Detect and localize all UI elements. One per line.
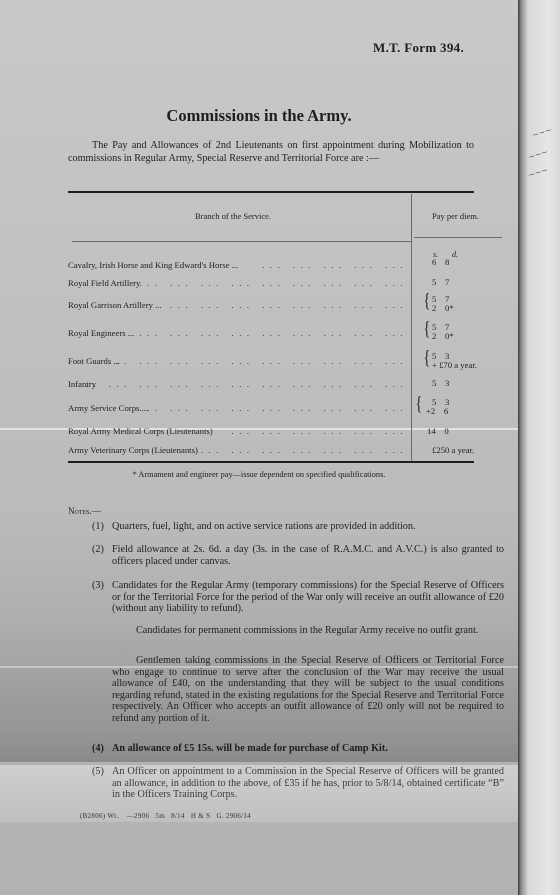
table-footnote: * Armament and engineer pay—issue depend… xyxy=(0,470,518,479)
table-row-branch: Foot Guards ...... ... ... ... ... ... .… xyxy=(68,356,408,366)
pay-value-extra: 2 0* xyxy=(432,331,454,341)
leader-dots: ... ... ... ... ... ... xyxy=(232,426,408,436)
note-3-paragraph-2: Candidates for permanent commissions in … xyxy=(112,625,504,637)
column-divider xyxy=(411,194,412,462)
pay-value-extra: + £70 a year. xyxy=(432,360,477,370)
header-pay: Pay per diem. xyxy=(432,211,479,221)
note-text: An allowance of £5 15s. will be made for… xyxy=(112,743,504,755)
note-item: (2)Field allowance at 2s. 6d. a day (3s.… xyxy=(92,544,504,567)
form-number: M.T. Form 394. xyxy=(373,40,464,56)
pay-value: 14 0 xyxy=(427,426,449,436)
note-number: (3) xyxy=(92,580,104,592)
notes-heading: Notes.— xyxy=(68,506,101,516)
document-page: M.T. Form 394. Commissions in the Army. … xyxy=(0,0,518,895)
note-item: (3)Candidates for the Regular Army (temp… xyxy=(92,580,504,615)
branch-name: Army Veterinary Corps (Lieutenants) xyxy=(68,445,198,455)
table-row-branch: Cavalry, Irish Horse and King Edward's H… xyxy=(68,260,408,270)
brace-icon: { xyxy=(415,394,422,414)
intro-paragraph: The Pay and Allowances of 2nd Lieutenant… xyxy=(68,139,474,165)
leader-dots: ... ... ... ... ... ... ... ... ... ... xyxy=(109,356,408,366)
leader-dots: ... ... ... ... ... ... ... ... xyxy=(170,300,408,310)
pay-value: 6 8 xyxy=(432,257,449,267)
leader-dots: ... ... ... ... ... ... ... ... ... ... … xyxy=(78,379,408,389)
handwriting-mark: ~~~ xyxy=(527,147,549,162)
pay-value-extra: 2 0* xyxy=(432,303,454,313)
header-branch: Branch of the Service. xyxy=(195,211,271,221)
header-rule-pay xyxy=(414,237,502,238)
branch-name: Cavalry, Irish Horse and King Edward's H… xyxy=(68,260,238,270)
pay-value-extra: +2 6 xyxy=(426,406,448,416)
note-item: (1)Quarters, fuel, light, and on active … xyxy=(92,521,504,533)
note-number: (5) xyxy=(92,766,104,778)
leader-dots: ... ... ... ... ... ... ... xyxy=(201,445,408,455)
table-row-branch: Royal Army Medical Corps (Lieutenants)..… xyxy=(68,426,408,436)
note-3-paragraph-3: Gentlemen taking commissions in the Spec… xyxy=(112,655,504,724)
note-number: (4) xyxy=(92,743,104,755)
note-text: Candidates for the Regular Army (tempora… xyxy=(112,580,504,615)
branch-name: Royal Field Artillery xyxy=(68,278,140,288)
brace-icon: { xyxy=(423,348,430,368)
branch-name: Royal Garrison Artillery ... xyxy=(68,300,162,310)
printer-imprint: (B2806) Wt. —2906 5m 8/14 H & S G. 2906/… xyxy=(80,812,251,820)
leader-dots: ... ... ... ... ... ... ... ... ... xyxy=(139,278,408,288)
branch-name: Royal Engineers ... xyxy=(68,328,134,338)
note-text: An Officer on appointment to a Commissio… xyxy=(112,766,504,801)
handwriting-mark: ~~~ xyxy=(531,125,553,140)
table-bottom-rule xyxy=(68,461,474,463)
leader-dots: ... ... ... ... ... xyxy=(262,260,408,270)
note-item: (4)An allowance of £5 15s. will be made … xyxy=(92,743,504,755)
pay-value: £250 a year. xyxy=(432,445,474,455)
intro-text: The Pay and Allowances of 2nd Lieutenant… xyxy=(68,140,474,164)
leader-dots: ... ... ... ... ... ... ... ... ... xyxy=(139,328,408,338)
note-number: (2) xyxy=(92,544,104,556)
table-row-branch: Infantry... ... ... ... ... ... ... ... … xyxy=(68,379,408,389)
brace-icon: { xyxy=(423,291,430,311)
note-text: Quarters, fuel, light, and on active ser… xyxy=(112,521,504,533)
unit-pence: d. xyxy=(452,250,458,259)
adjacent-page-edge: ~~~ ~~~ ~~~ xyxy=(518,0,560,895)
note-number: (1) xyxy=(92,521,104,533)
pay-value: 5 3 xyxy=(432,378,449,388)
handwriting-mark: ~~~ xyxy=(527,165,549,180)
note-text: Field allowance at 2s. 6d. a day (3s. in… xyxy=(112,544,504,567)
leader-dots: ... ... ... ... ... ... ... ... ... xyxy=(139,403,408,413)
header-rule xyxy=(72,241,411,242)
table-row-branch: Royal Field Artillery... ... ... ... ...… xyxy=(68,278,408,288)
table-row-branch: Royal Engineers ...... ... ... ... ... .… xyxy=(68,328,408,338)
branch-name: Royal Army Medical Corps (Lieutenants) xyxy=(68,426,213,436)
brace-icon: { xyxy=(423,319,430,339)
document-title: Commissions in the Army. xyxy=(0,106,518,126)
branch-name: Army Service Corps ... xyxy=(68,403,148,413)
table-row-branch: Army Veterinary Corps (Lieutenants)... .… xyxy=(68,445,408,455)
table-top-rule xyxy=(68,191,474,193)
note-item: (5)An Officer on appointment to a Commis… xyxy=(92,766,504,801)
table-row-branch: Royal Garrison Artillery ...... ... ... … xyxy=(68,300,408,310)
table-row-branch: Army Service Corps ...... ... ... ... ..… xyxy=(68,403,408,413)
pay-value: 5 7 xyxy=(432,277,449,287)
